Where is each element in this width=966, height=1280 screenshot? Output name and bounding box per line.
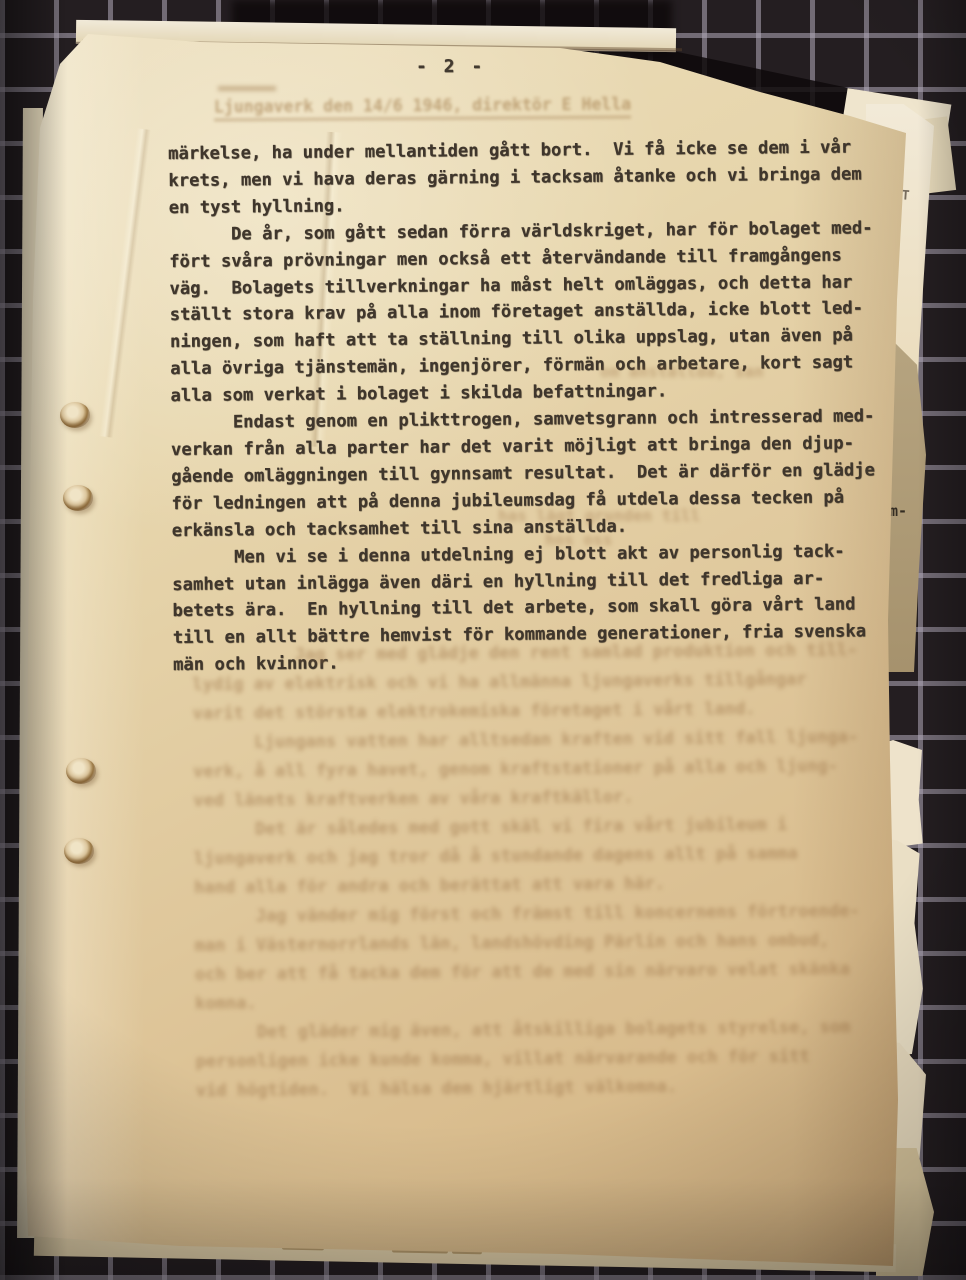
ghost-line: lydig av elektrisk och vi ha allmänna lj… — [192, 665, 858, 700]
ghost-fragment: has lägt grunden till — [498, 506, 700, 525]
ghost-line: personligen icke kunde komma, villat när… — [196, 1042, 862, 1077]
ghost-text-block: Jag ser med glädje den rent samlad produ… — [192, 636, 861, 1106]
punch-hole-4 — [64, 838, 94, 864]
ghost-fragment: om anställda, san — [600, 362, 764, 381]
photo-of-typewritten-page: ITT B om- - 2 - Ljungaverk den 14/6 1946… — [0, 0, 966, 1280]
typewritten-text: märkelse, ha under mellantiden gått bort… — [168, 134, 877, 679]
ghost-mark — [218, 86, 276, 91]
ghost-fragment: hos oss — [545, 530, 612, 549]
ghost-line: och ber att få tacka dem för att de med … — [195, 955, 861, 990]
punch-hole-1 — [60, 402, 90, 428]
punch-hole-3 — [66, 758, 96, 784]
crease-corner — [99, 128, 151, 437]
punch-hole-2 — [63, 485, 93, 511]
ghost-heading: Ljungaverk den 14/6 1946, direktör E Hel… — [214, 95, 631, 122]
ghost-line: vid högtiden. Vi hälsa dem hjärtligt väl… — [196, 1071, 862, 1106]
page-number: - 2 - — [416, 56, 485, 77]
ghost-line: ljungaverk och jag tror då å stundande d… — [194, 839, 860, 874]
document-page: - 2 - Ljungaverk den 14/6 1946, direktör… — [0, 0, 966, 1280]
ghost-line: verk, å all fyra havet, genom kraftstati… — [193, 752, 859, 787]
